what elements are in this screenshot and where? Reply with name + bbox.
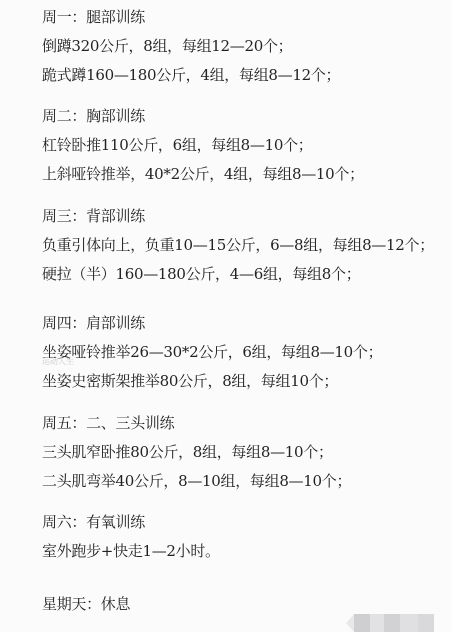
workout-plan-document: 周一：腿部训练 倒蹲320公斤，8组，每组12—20个； 跪式蹲160—180公… <box>0 0 451 632</box>
exercise-line: 坐姿哑铃推举26—30*2公斤，6组，每组8—10个； <box>42 342 382 362</box>
exercise-line: 上斜哑铃推举，40*2公斤，4组，每组8—10个； <box>42 164 364 184</box>
exercise-line: 室外跑步+快走1—2小时。 <box>42 541 220 561</box>
exercise-line: 三头肌窄卧推80公斤，8组，每组8—10个； <box>42 442 333 462</box>
section-heading-monday: 周一：腿部训练 <box>42 7 145 27</box>
section-heading-tuesday: 周二：胸部训练 <box>42 106 145 126</box>
exercise-line: 跪式蹲160—180公斤，4组，每组8—12个； <box>42 65 340 85</box>
exercise-line: 杠铃卧推110公斤，6组，每组8—10个； <box>42 135 313 155</box>
section-heading-thursday: 周四：肩部训练 <box>42 313 145 333</box>
section-heading-saturday: 周六：有氧训练 <box>42 512 145 532</box>
section-heading-wednesday: 周三：背部训练 <box>42 206 145 226</box>
watermark: 运动人生 <box>42 356 74 367</box>
exercise-line: 二头肌弯举40公斤，8—10组，每组8—10个； <box>42 471 351 491</box>
arrow-icon <box>346 614 354 632</box>
exercise-line: 负重引体向上，负重10—15公斤，6—8组，每组8—12个； <box>42 235 434 255</box>
section-heading-sunday: 星期天：休息 <box>42 594 130 614</box>
exercise-line: 倒蹲320公斤，8组，每组12—20个； <box>42 36 292 56</box>
blurred-corner-badge <box>346 614 436 632</box>
exercise-line: 坐姿史密斯架推举80公斤，8组，每组10个； <box>42 371 338 391</box>
exercise-line: 硬拉（半）160—180公斤，4—6组，每组8个； <box>42 264 360 284</box>
section-heading-friday: 周五：二、三头训练 <box>42 413 174 433</box>
